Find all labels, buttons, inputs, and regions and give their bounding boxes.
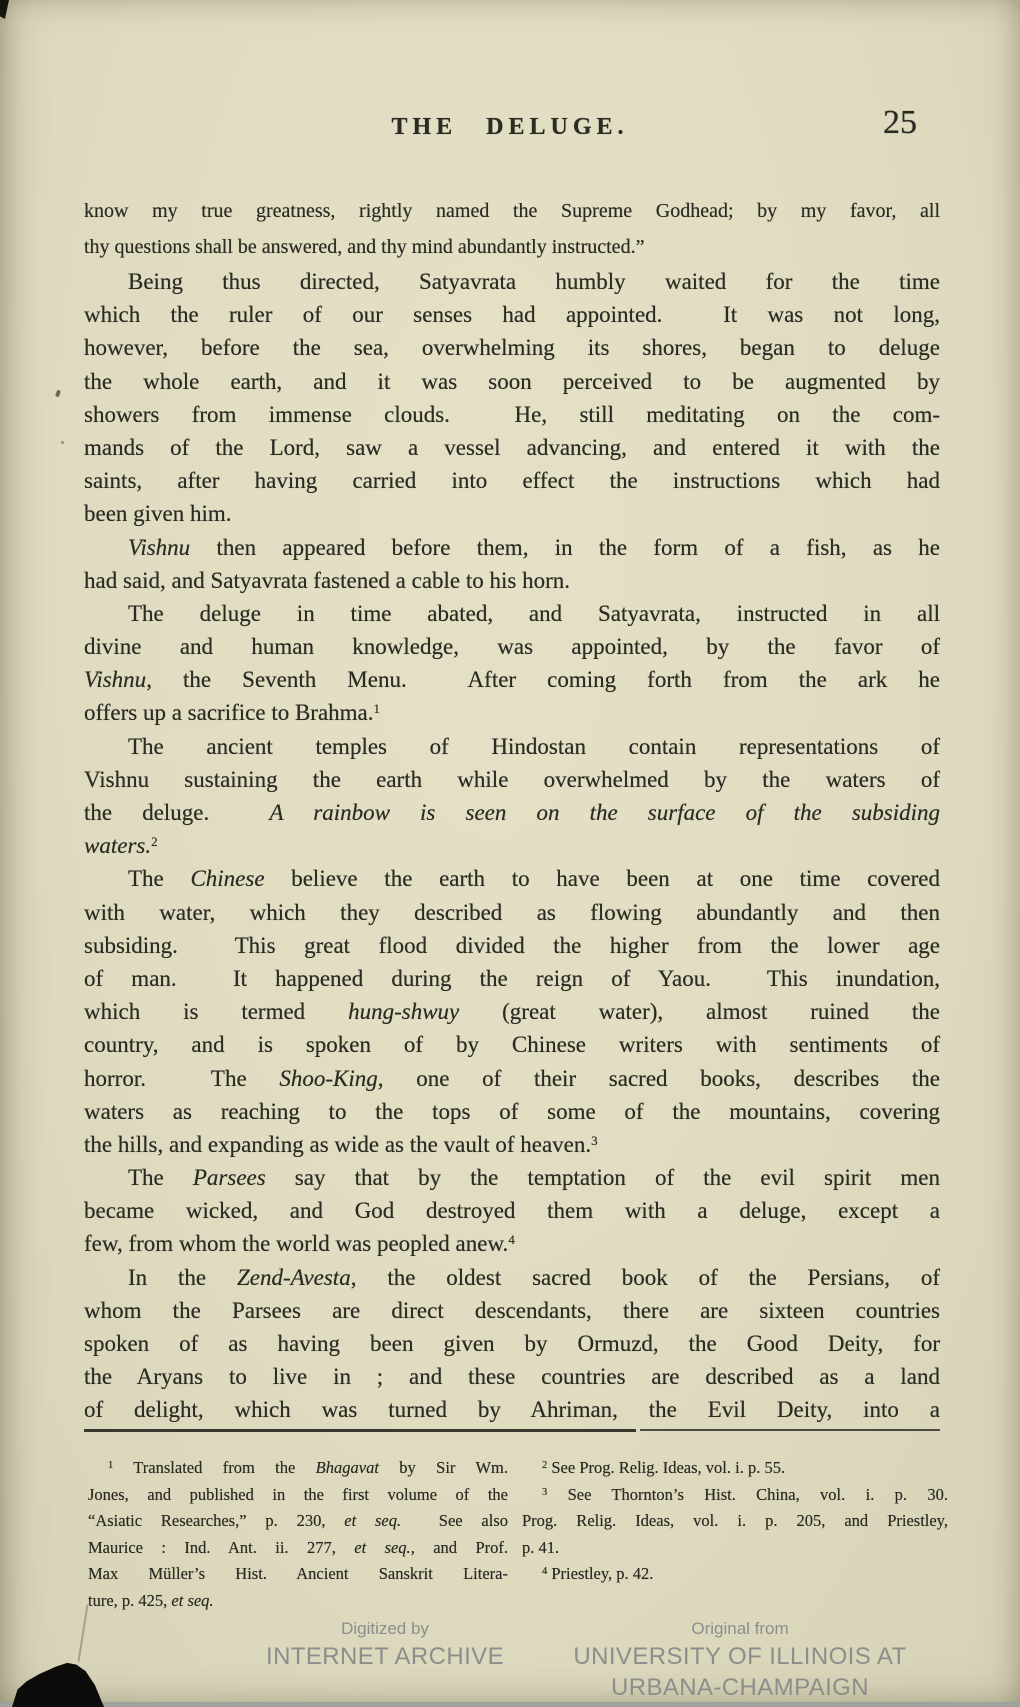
body-line: which the ruler of our senses had appoin… [84,298,940,331]
body-line: whom the Parsees are direct descendants,… [84,1294,940,1327]
ink-speck [55,390,61,398]
paper-crack [77,1604,88,1662]
body-line: horror. The Shoo-King, one of their sacr… [84,1062,940,1095]
bottom-edge-strip [0,1702,1020,1707]
footnote-line: Maurice : Ind. Ant. ii. 277, et seq., an… [88,1535,508,1562]
body-line: divine and human knowledge, was appointe… [84,630,940,663]
original-from-label: Original from [525,1616,955,1641]
body-line: waters as reaching to the tops of some o… [84,1095,940,1128]
body-line: subsiding. This great flood divided the … [84,929,940,962]
body-line: offers up a sacrifice to Brahma.1 [84,696,940,729]
footnotes-left-column: 1 Translated from the Bhagavat by Sir Wm… [88,1455,508,1614]
body-line: the Aryans to live in ; and these countr… [84,1360,940,1393]
body-line: Vishnu then appeared before them, in the… [84,531,940,564]
body-line: mands of the Lord, saw a vessel advancin… [84,431,940,464]
body-line: thy questions shall be answered, and thy… [84,229,940,265]
footnotes-right-column: 2 See Prog. Relig. Ideas, vol. i. p. 55.… [522,1455,948,1588]
top-left-corner-mark [0,0,9,19]
body-line: had said, and Satyavrata fastened a cabl… [84,564,940,597]
body-line: however, before the sea, overwhelming it… [84,331,940,364]
body-line: The ancient temples of Hindostan contain… [84,730,940,763]
body-line: The deluge in time abated, and Satyavrat… [84,597,940,630]
footnote-line: Max Müller’s Hist. Ancient Sanskrit Lite… [88,1561,508,1588]
footnote-line: “Asiatic Researches,” p. 230, et seq. Se… [88,1508,508,1535]
body-line: In the Zend-Avesta, the oldest sacred bo… [84,1261,940,1294]
university-watermark-line2: URBANA-CHAMPAIGN [525,1672,955,1703]
footnote-line: Prog. Relig. Ideas, vol. i. p. 205, and … [522,1508,948,1535]
footnote-line: 3 See Thornton’s Hist. China, vol. i. p.… [522,1482,948,1509]
body-line: The Chinese believe the earth to have be… [84,862,940,895]
footnote-line: Jones, and published in the first volume… [88,1482,508,1509]
body-line: of delight, which was turned by Ahriman,… [84,1393,940,1426]
footnote-rule-right-segment [640,1429,940,1431]
body-line: showers from immense clouds. He, still m… [84,398,940,431]
body-line: the hills, and expanding as wide as the … [84,1128,940,1161]
body-line: of man. It happened during the reign of … [84,962,940,995]
body-line: Vishnu sustaining the earth while overwh… [84,763,940,796]
ink-speck [61,441,64,444]
original-from-block: Original from UNIVERSITY OF ILLINOIS AT … [525,1616,955,1703]
body-line: became wicked, and God destroyed them wi… [84,1194,940,1227]
footnote-line: 4 Priestley, p. 42. [522,1561,948,1588]
body-line: few, from whom the world was peopled ane… [84,1227,940,1260]
page-number: 25 [868,104,932,142]
body-line: Vishnu, the Seventh Menu. After coming f… [84,663,940,696]
footnote-line: 2 See Prog. Relig. Ideas, vol. i. p. 55. [522,1455,948,1482]
running-head-title: THE DELUGE. [80,114,940,141]
body-line: been given him. [84,497,940,530]
footnote-rule-left-segment [84,1429,636,1432]
body-line: which is termed hung-shwuy (great water)… [84,995,940,1028]
university-watermark-line1: UNIVERSITY OF ILLINOIS AT [525,1641,955,1672]
body-line: The Parsees say that by the temptation o… [84,1161,940,1194]
footnote-line: ture, p. 425, et seq. [88,1588,508,1615]
body-line: saints, after having carried into effect… [84,464,940,497]
torn-corner-blob [12,1661,104,1707]
body-line: country, and is spoken of by Chinese wri… [84,1028,940,1061]
body-line: the whole earth, and it was soon perceiv… [84,365,940,398]
body-line: know my true greatness, rightly named th… [84,193,940,229]
body-line: Being thus directed, Satyavrata humbly w… [84,265,940,298]
footnote-line: p. 41. [522,1535,948,1562]
footnote-line: 1 Translated from the Bhagavat by Sir Wm… [88,1455,508,1482]
body-line: with water, which they described as flow… [84,896,940,929]
body-line: waters.2 [84,829,940,862]
body-line: spoken of as having been given by Ormuzd… [84,1327,940,1360]
body-line: the deluge. A rainbow is seen on the sur… [84,796,940,829]
scanned-book-page: THE DELUGE. 25 know my true greatness, r… [0,0,1020,1707]
body-text: know my true greatness, rightly named th… [84,193,940,1427]
